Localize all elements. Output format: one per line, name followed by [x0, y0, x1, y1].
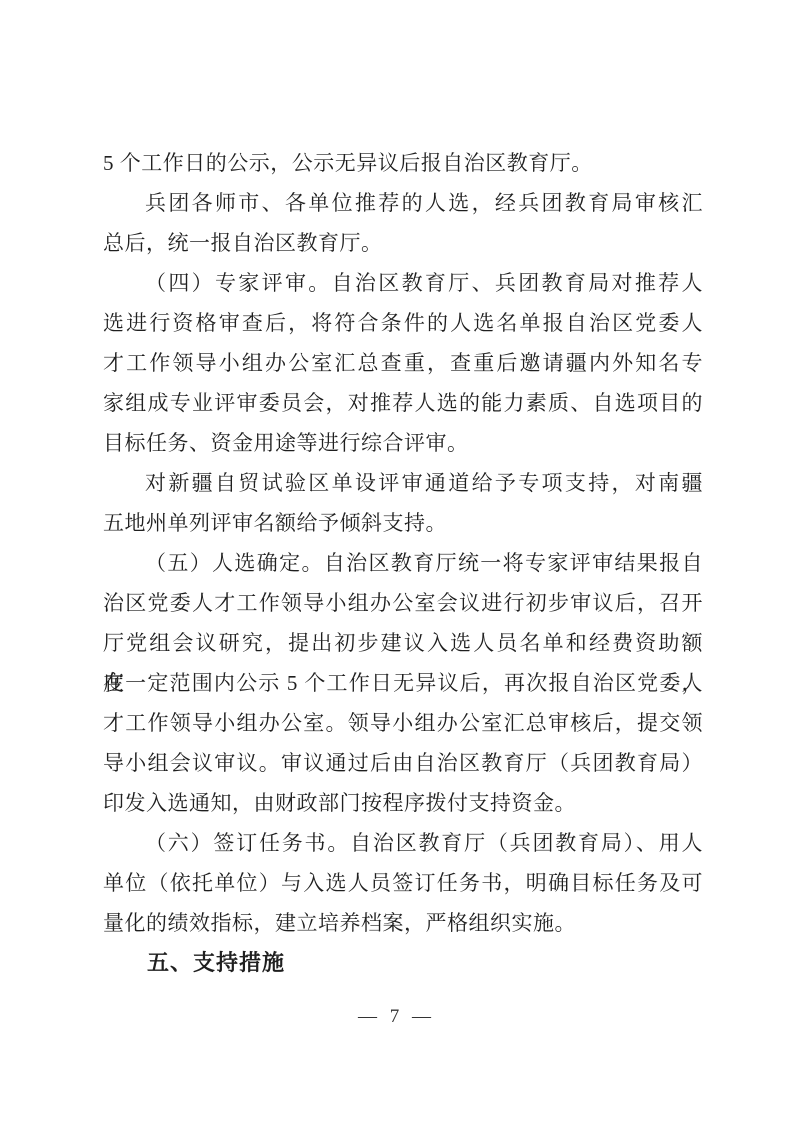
- text-line: 厅党组会议研究，提出初步建议入选人员名单和经费资助额度，: [103, 623, 703, 663]
- text-line: 印发入选通知，由财政部门按程序拨付支持资金。: [103, 783, 703, 823]
- document-body: 5 个工作日的公示，公示无异议后报自治区教育厅。兵团各师市、各单位推荐的人选，经…: [103, 143, 703, 983]
- text-line: 单位（依托单位）与入选人员签订任务书，明确目标任务及可: [103, 863, 703, 903]
- text-line: （四）专家评审。自治区教育厅、兵团教育局对推荐人: [103, 263, 703, 303]
- text-line: 治区党委人才工作领导小组办公室会议进行初步审议后，召开: [103, 583, 703, 623]
- text-line: 总后，统一报自治区教育厅。: [103, 223, 703, 263]
- text-line: （六）签订任务书。自治区教育厅（兵团教育局）、用人: [103, 823, 703, 863]
- section-heading: 五、支持措施: [103, 943, 703, 983]
- text-line: 对新疆自贸试验区单设评审通道给予专项支持，对南疆: [103, 463, 703, 503]
- text-line: 选进行资格审查后，将符合条件的人选名单报自治区党委人: [103, 303, 703, 343]
- page-number: — 7 —: [358, 1006, 435, 1027]
- text-line: （五）人选确定。自治区教育厅统一将专家评审结果报自: [103, 543, 703, 583]
- text-line: 五地州单列评审名额给予倾斜支持。: [103, 503, 703, 543]
- text-line: 导小组会议审议。审议通过后由自治区教育厅（兵团教育局）: [103, 743, 703, 783]
- text-line: 目标任务、资金用途等进行综合评审。: [103, 423, 703, 463]
- text-line: 量化的绩效指标，建立培养档案，严格组织实施。: [103, 903, 703, 943]
- text-line: 家组成专业评审委员会，对推荐人选的能力素质、自选项目的: [103, 383, 703, 423]
- text-line: 5 个工作日的公示，公示无异议后报自治区教育厅。: [103, 143, 703, 183]
- text-line: 才工作领导小组办公室。领导小组办公室汇总审核后，提交领: [103, 703, 703, 743]
- text-line: 兵团各师市、各单位推荐的人选，经兵团教育局审核汇: [103, 183, 703, 223]
- page-footer: — 7 —: [0, 997, 793, 1037]
- text-line: 在一定范围内公示 5 个工作日无异议后，再次报自治区党委人: [103, 663, 703, 703]
- text-line: 才工作领导小组办公室汇总查重，查重后邀请疆内外知名专: [103, 343, 703, 383]
- document-page: 5 个工作日的公示，公示无异议后报自治区教育厅。兵团各师市、各单位推荐的人选，经…: [0, 0, 793, 1122]
